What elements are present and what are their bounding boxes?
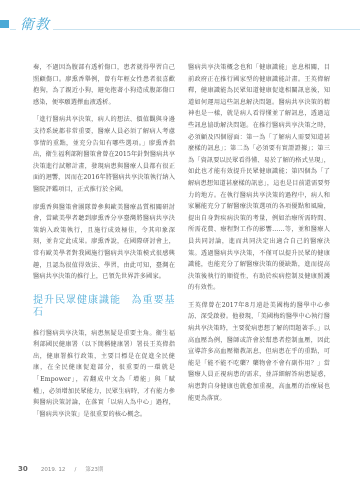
paragraph: 「進行醫病共享決策，病人的想法、價值觀與身邊支持系統都非常重要，醫療人員必須了解…	[33, 114, 175, 195]
paragraph: 王英偉曾在2017年8月遠赴美國梅約醫學中心參訪、深受啟發。他發現，「美國梅約醫…	[188, 300, 330, 404]
section-title: 衛教	[20, 14, 50, 34]
issue-number: 第23期	[85, 467, 103, 473]
right-column: 醫病共享決策概念也和「健康識能」息息相關，目前政府正在推行國家型的健康識能計畫。…	[188, 62, 330, 410]
section-header: 衛教	[0, 14, 360, 32]
footer-separator: /	[74, 467, 76, 473]
heading-part-1: 提升民眾健康識能	[33, 295, 121, 306]
paragraph: 廖熏香與醫策會團隊曾參與歐美醫療品質相關研討會，當歐美學者聽到廖熏香分享臺灣將醫…	[33, 202, 175, 283]
page-number: 30	[18, 465, 28, 473]
paragraph: 推行醫病共享決策，病患無疑是重要主角。衛生福利部國民健康署（以下簡稱健康署）署長…	[33, 328, 175, 421]
section-heading: 提升民眾健康識能為重要基石	[33, 295, 175, 319]
header-rule	[53, 29, 360, 30]
paragraph: 醫病共享決策概念也和「健康識能」息息相關，目前政府正在推行國家型的健康識能計畫。…	[188, 62, 330, 294]
issue-date: 2019. 12	[41, 467, 66, 473]
paragraph: 奏，不過因為腹部有透析傷口，患者就得學習自己照顧傷口。廖熏香舉例，曾有年輕女性患…	[33, 62, 175, 108]
section-marker-icon	[0, 20, 9, 28]
header-rule-left	[10, 29, 16, 30]
left-column: 奏，不過因為腹部有透析傷口，患者就得學習自己照顧傷口。廖熏香舉例，曾有年輕女性患…	[33, 62, 175, 426]
page-footer: 30 2019. 12 / 第23期	[18, 456, 103, 475]
